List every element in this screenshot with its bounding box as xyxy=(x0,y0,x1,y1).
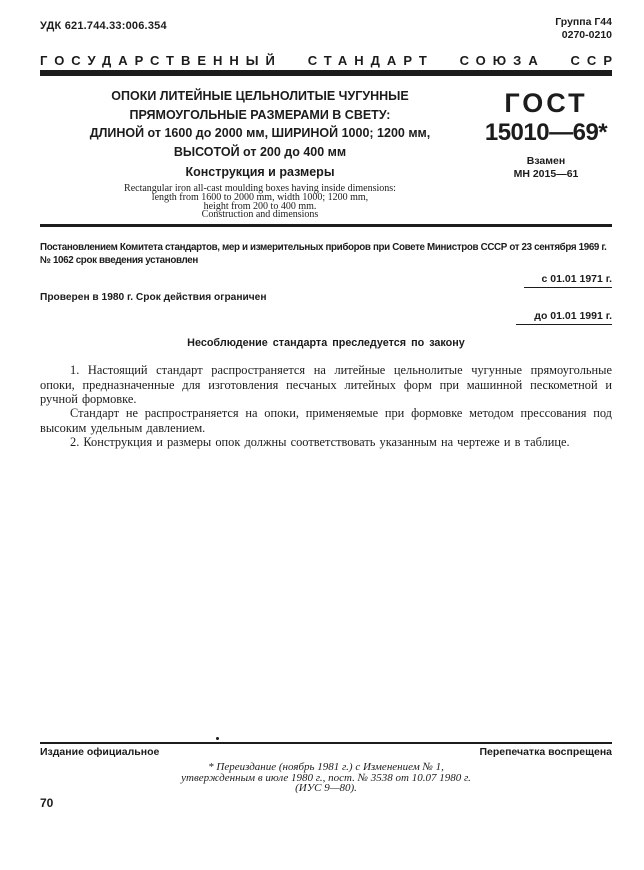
effective-date-row: с 01.01 1971 г. xyxy=(40,269,612,288)
replaces-block: Взамен МН 2015—61 xyxy=(480,155,612,181)
reprint-prohibited-label: Перепечатка воспрещена xyxy=(479,746,612,758)
footnote-line: (ИУС 9—80). xyxy=(40,783,612,794)
okp-code: 0270-0210 xyxy=(555,29,612,42)
footer-rule xyxy=(40,742,612,744)
gost-standard-document-page: УДК 621.744.33:006.354 Группа Г44 0270-0… xyxy=(0,0,644,870)
page-footer: Издание официальное Перепечатка воспреще… xyxy=(40,742,612,794)
title-ru-line: ВЫСОТОЙ от 200 до 400 мм xyxy=(40,143,480,162)
replaces-label: Взамен xyxy=(480,155,612,168)
title-subtitle: Конструкция и размеры xyxy=(40,161,480,181)
decree-line: № 1062 срок введения установлен xyxy=(40,254,612,267)
heading-word: СОЮЗА xyxy=(460,53,545,68)
enactment-block: Постановлением Комитета стандартов, мер … xyxy=(40,241,612,325)
title-and-designation: ОПОКИ ЛИТЕЙНЫЕ ЦЕЛЬНОЛИТЫЕ ЧУГУННЫЕ ПРЯМ… xyxy=(40,76,612,220)
page-content: УДК 621.744.33:006.354 Группа Г44 0270-0… xyxy=(0,0,644,450)
group-code-block: Группа Г44 0270-0210 xyxy=(555,16,612,42)
gost-number: 15010—69* xyxy=(480,119,612,146)
valid-until-row: до 01.01 1991 г. xyxy=(40,306,612,325)
official-edition-label: Издание официальное xyxy=(40,746,159,758)
title-ru-line: ПРЯМОУГОЛЬНЫЕ РАЗМЕРАМИ В СВЕТУ: xyxy=(40,106,480,125)
ink-speck xyxy=(216,737,219,740)
body-paragraph: 2. Конструкция и размеры опок должны соо… xyxy=(40,435,612,449)
state-standard-heading: ГОСУДАРСТВЕННЫЙ СТАНДАРТ СОЮЗА ССР xyxy=(40,53,612,68)
checked-note: Проверен в 1980 г. Срок действия огранич… xyxy=(40,291,612,304)
title-block: ОПОКИ ЛИТЕЙНЫЕ ЦЕЛЬНОЛИТЫЕ ЧУГУННЫЕ ПРЯМ… xyxy=(40,76,480,220)
body-paragraph: 1. Настоящий стандарт распространяется н… xyxy=(40,363,612,406)
heading-word: ГОСУДАРСТВЕННЫЙ xyxy=(40,53,282,68)
decree-line: Постановлением Комитета стандартов, мер … xyxy=(40,241,612,254)
title-en-line: Construction and dimensions xyxy=(40,211,480,220)
law-notice: Несоблюдение стандарта преследуется по з… xyxy=(40,337,612,349)
top-classification-row: УДК 621.744.33:006.354 Группа Г44 0270-0… xyxy=(40,16,612,42)
page-number: 70 xyxy=(40,796,53,810)
footer-notice-row: Издание официальное Перепечатка воспреще… xyxy=(40,746,612,758)
udk-classification: УДК 621.744.33:006.354 xyxy=(40,16,167,32)
body-paragraph: Стандарт не распространяется на опоки, п… xyxy=(40,406,612,435)
designation-block: ГОСТ 15010—69* Взамен МН 2015—61 xyxy=(480,76,612,220)
heading-word: ССР xyxy=(571,53,619,68)
body-text: 1. Настоящий стандарт распространяется н… xyxy=(40,363,612,449)
reissue-footnote: * Переиздание (ноябрь 1981 г.) с Изменен… xyxy=(40,762,612,794)
title-english-block: Rectangular iron all-cast moulding boxes… xyxy=(40,185,480,220)
title-ru-line: ДЛИНОЙ от 1600 до 2000 мм, ШИРИНОЙ 1000;… xyxy=(40,124,480,143)
section-rule xyxy=(40,224,612,227)
group-code: Группа Г44 xyxy=(555,16,612,29)
title-ru-line: ОПОКИ ЛИТЕЙНЫЕ ЦЕЛЬНОЛИТЫЕ ЧУГУННЫЕ xyxy=(40,87,480,106)
heading-word: СТАНДАРТ xyxy=(308,53,434,68)
replaces-value: МН 2015—61 xyxy=(480,168,612,181)
effective-from-date: с 01.01 1971 г. xyxy=(524,273,612,288)
gost-label: ГОСТ xyxy=(480,89,612,117)
footnote-line: * Переиздание (ноябрь 1981 г.) с Изменен… xyxy=(40,762,612,773)
valid-until-date: до 01.01 1991 г. xyxy=(516,310,612,325)
